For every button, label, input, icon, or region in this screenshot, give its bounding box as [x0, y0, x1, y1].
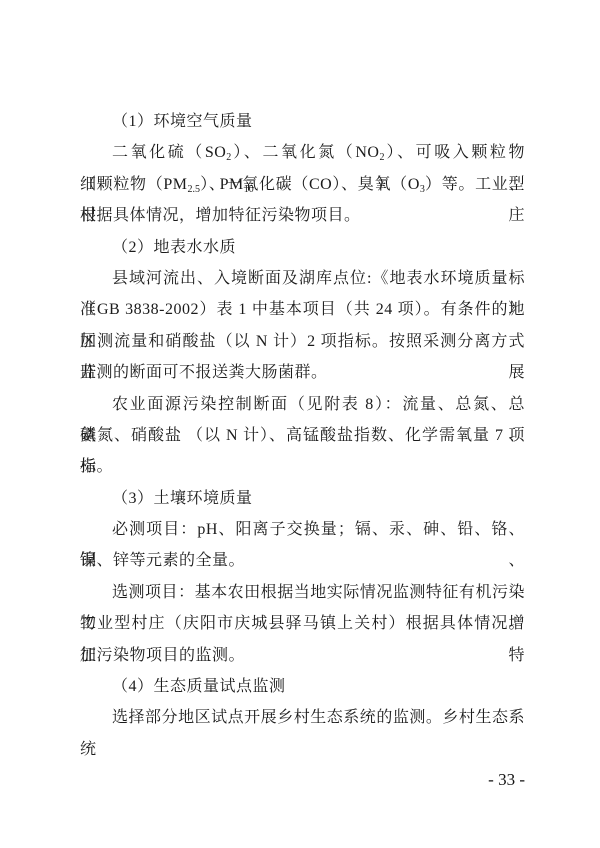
body-line: 氨氮、硝酸盐 （以 N 计）、高锰酸盐指数、化学需氧量 7 项指 — [80, 420, 525, 451]
body-line: 选择部分地区试点开展乡村生态系统的监测。乡村生态系统 — [80, 702, 525, 733]
text-segment: ）、一氧化碳（CO）、臭氧（O — [200, 176, 420, 193]
heading-eco-quality: （4）生态质量试点监测 — [80, 671, 525, 702]
document-body: （1）环境空气质量 二氧化硫（SO2）、二氧化氮（NO2）、可吸入颗粒物（PM1… — [80, 106, 525, 734]
body-line-pollutants-2: 细颗粒物（PM2.5）、一氧化碳（CO）、臭氧（O3）等。工业型村庄 — [80, 169, 525, 200]
body-line: 选测项目：基本农田根据当地实际情况监测特征有机污染物。 — [80, 577, 525, 608]
heading-surface-water: （2）地表水水质 — [80, 232, 525, 263]
body-line: 农业面源污染控制断面（见附表 8）：流量、总氮、总磷、 — [80, 389, 525, 420]
body-line: 必测项目：pH、阳离子交换量；镉、汞、砷、铅、铬、铜、 — [80, 514, 525, 545]
body-line: 工业型村庄（庆阳市庆城县驿马镇上关村）根据具体情况增加特 — [80, 608, 525, 639]
text-segment: ）、二氧化氮（NO — [231, 144, 379, 161]
body-line: （GB 3838-2002）表 1 中基本项目（共 24 项）。有条件的地区 — [80, 294, 525, 325]
text-segment: 细颗粒物（PM — [80, 176, 188, 193]
page-number: - 33 - — [80, 770, 525, 790]
body-line-pollutants-1: 二氧化硫（SO2）、二氧化氮（NO2）、可吸入颗粒物（PM10）、 — [80, 137, 525, 168]
body-line: 县域河流出、入境断面及湖库点位:《地表水环境质量标准》 — [80, 263, 525, 294]
subscript: 2.5 — [188, 184, 201, 195]
heading-air-quality: （1）环境空气质量 — [80, 106, 525, 137]
body-line: 标。 — [80, 451, 525, 482]
document-page: （1）环境空气质量 二氧化硫（SO2）、二氧化氮（NO2）、可吸入颗粒物（PM1… — [0, 0, 600, 848]
body-line: 加测流量和硝酸盐（以 N 计）2 项指标。按照采测分离方式开展 — [80, 326, 525, 357]
heading-soil-quality: （3）土壤环境质量 — [80, 483, 525, 514]
text-segment: 二氧化硫（SO — [112, 144, 226, 161]
